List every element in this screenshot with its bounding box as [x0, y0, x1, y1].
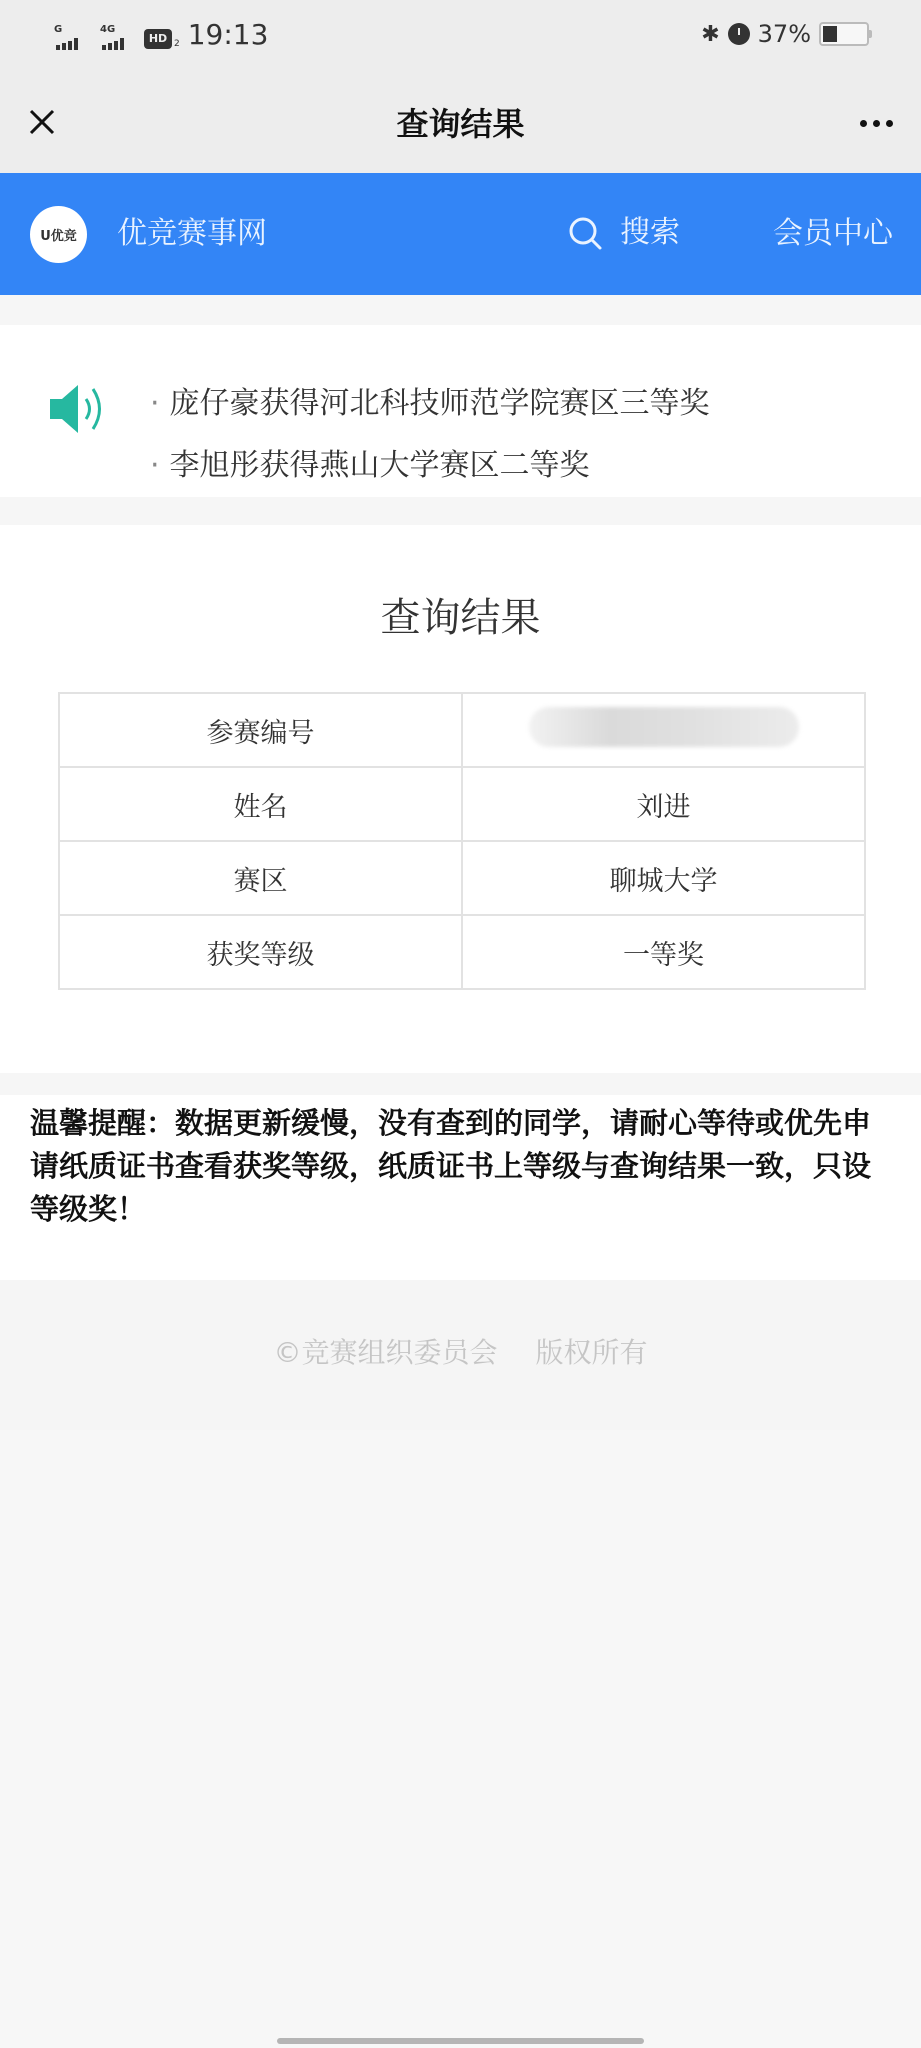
signal-icon-sim1: G — [52, 24, 90, 52]
signal-type-label: 4G — [100, 24, 115, 35]
status-bar: G 4G HD 2 19:13 ✱ 37% — [0, 0, 921, 80]
search-button[interactable]: 搜索 — [566, 211, 680, 255]
notice-text: 温馨提醒：数据更新缓慢，没有查到的同学，请耐心等待或优先申请纸质证书查看获奖等级… — [30, 1102, 890, 1231]
redacted-value — [529, 707, 799, 747]
status-left: G 4G HD 2 19:13 — [52, 18, 268, 52]
table-row: 参赛编号 — [59, 693, 865, 767]
result-table: 参赛编号 姓名 刘进 赛区 聊城大学 获奖等级 一等奖 — [58, 692, 866, 990]
row-value-redacted — [462, 693, 865, 767]
speaker-icon — [46, 377, 110, 445]
search-icon — [566, 214, 604, 252]
row-label: 赛区 — [59, 841, 462, 915]
site-name[interactable]: 优竞赛事网 — [117, 213, 267, 255]
battery-icon — [819, 22, 869, 46]
alarm-icon — [728, 23, 750, 45]
news-ticker: 庞仔豪获得河北科技师范学院赛区三等奖 李旭彤获得燕山大学赛区二等奖 — [0, 325, 921, 497]
nav-bar: 查询结果 — [0, 80, 921, 173]
row-label: 姓名 — [59, 767, 462, 841]
search-label: 搜索 — [620, 211, 680, 255]
section-divider — [0, 497, 921, 525]
section-divider — [0, 295, 921, 325]
rights-text: 版权所有 — [536, 1336, 648, 1369]
result-title: 查询结果 — [0, 590, 921, 646]
table-row: 姓名 刘进 — [59, 767, 865, 841]
hd-sub-label: 2 — [174, 39, 180, 49]
footer-text: ©竞赛组织委员会版权所有 — [0, 1333, 921, 1373]
signal-icon-sim2: 4G — [98, 24, 136, 52]
row-label: 参赛编号 — [59, 693, 462, 767]
site-logo[interactable]: U优竞 — [30, 206, 87, 263]
member-center-link[interactable]: 会员中心 — [773, 213, 893, 255]
more-icon — [860, 120, 867, 127]
row-value: 一等奖 — [462, 915, 865, 989]
table-row: 获奖等级 一等奖 — [59, 915, 865, 989]
footer: ©竞赛组织委员会版权所有 — [0, 1280, 921, 1430]
copyright-text: ©竞赛组织委员会 — [273, 1336, 497, 1369]
notice-section: 温馨提醒：数据更新缓慢，没有查到的同学，请耐心等待或优先申请纸质证书查看获奖等级… — [0, 1095, 921, 1280]
result-section: 查询结果 参赛编号 姓名 刘进 赛区 聊城大学 获奖等级 一等奖 — [0, 525, 921, 1073]
table-row: 赛区 聊城大学 — [59, 841, 865, 915]
status-right: ✱ 37% — [701, 20, 869, 48]
page-title: 查询结果 — [0, 102, 921, 146]
news-item[interactable]: 庞仔豪获得河北科技师范学院赛区三等奖 — [150, 373, 710, 435]
bluetooth-icon: ✱ — [701, 22, 719, 47]
home-indicator[interactable] — [277, 2038, 644, 2044]
row-value: 聊城大学 — [462, 841, 865, 915]
clock: 19:13 — [188, 18, 269, 52]
more-button[interactable] — [851, 108, 901, 138]
row-value: 刘进 — [462, 767, 865, 841]
row-label: 获奖等级 — [59, 915, 462, 989]
signal-type-label: G — [54, 24, 62, 35]
hd-voice-icon: HD — [144, 29, 172, 49]
news-item[interactable]: 李旭彤获得燕山大学赛区二等奖 — [150, 435, 710, 497]
battery-percent: 37% — [758, 20, 811, 48]
section-divider — [0, 1073, 921, 1095]
news-list: 庞仔豪获得河北科技师范学院赛区三等奖 李旭彤获得燕山大学赛区二等奖 — [150, 373, 710, 497]
site-header: U优竞 优竞赛事网 搜索 会员中心 — [0, 173, 921, 295]
